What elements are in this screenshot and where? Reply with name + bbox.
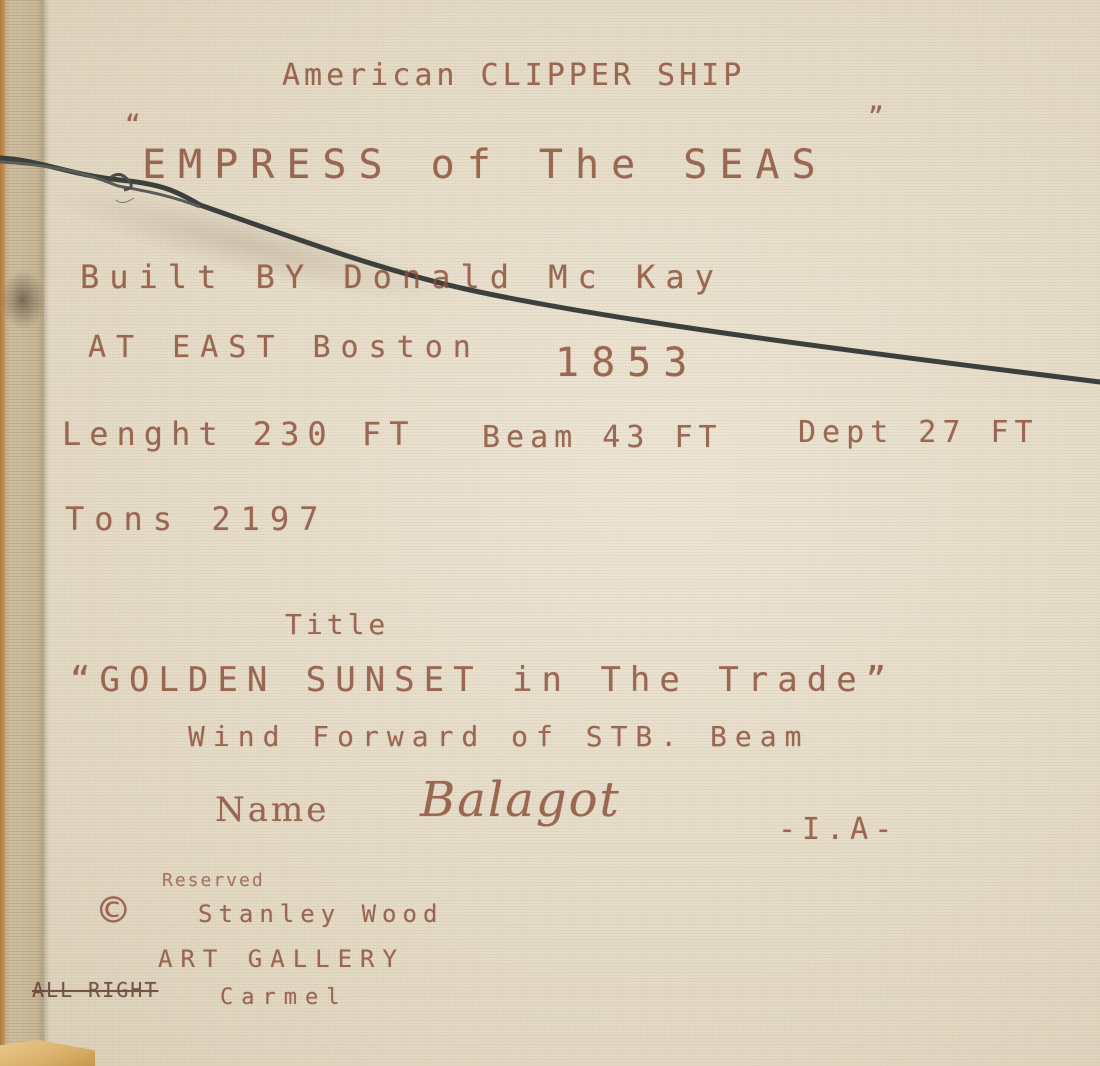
painting-title: “GOLDEN SUNSET in The Trade” [70, 660, 895, 700]
close-quote: ” [868, 102, 888, 132]
inscription-tonnage: Tons 2197 [65, 500, 328, 538]
inscription-depth: Dept 27 FT [798, 415, 1039, 450]
inscription-line-ship-name: EMPRESS of The SEAS [142, 142, 828, 188]
inscription-length: Lenght 230 FT [62, 415, 416, 453]
artist-signature: Balagot [420, 772, 621, 828]
name-label: Name [215, 790, 329, 830]
struck-out-text: ALL RIGHT [32, 978, 158, 1002]
gallery-location: Carmel [220, 985, 347, 1010]
title-label: Title [285, 608, 389, 641]
gallery-type: ART GALLERY [158, 945, 405, 973]
stretcher-bar-edge [0, 0, 44, 1066]
dark-smudge [0, 270, 46, 330]
inscription-year: 1853 [555, 340, 699, 386]
copyright-reserved: Reserved [162, 870, 265, 891]
copyright-icon: © [100, 885, 127, 936]
inscription-line-location: AT EAST Boston [88, 330, 481, 365]
inscription-line-builder: Built BY Donald Mc Kay [80, 258, 724, 296]
inscription-line-american-clipper-ship: American CLIPPER SHIP [282, 58, 745, 93]
open-quote: “ [125, 110, 145, 140]
frame-edge [0, 0, 5, 1066]
gallery-name: Stanley Wood [198, 900, 443, 928]
signature-suffix: -I.A- [778, 812, 898, 847]
painting-subtitle: Wind Forward of STB. Beam [188, 720, 809, 753]
inscription-beam: Beam 43 FT [482, 420, 723, 455]
